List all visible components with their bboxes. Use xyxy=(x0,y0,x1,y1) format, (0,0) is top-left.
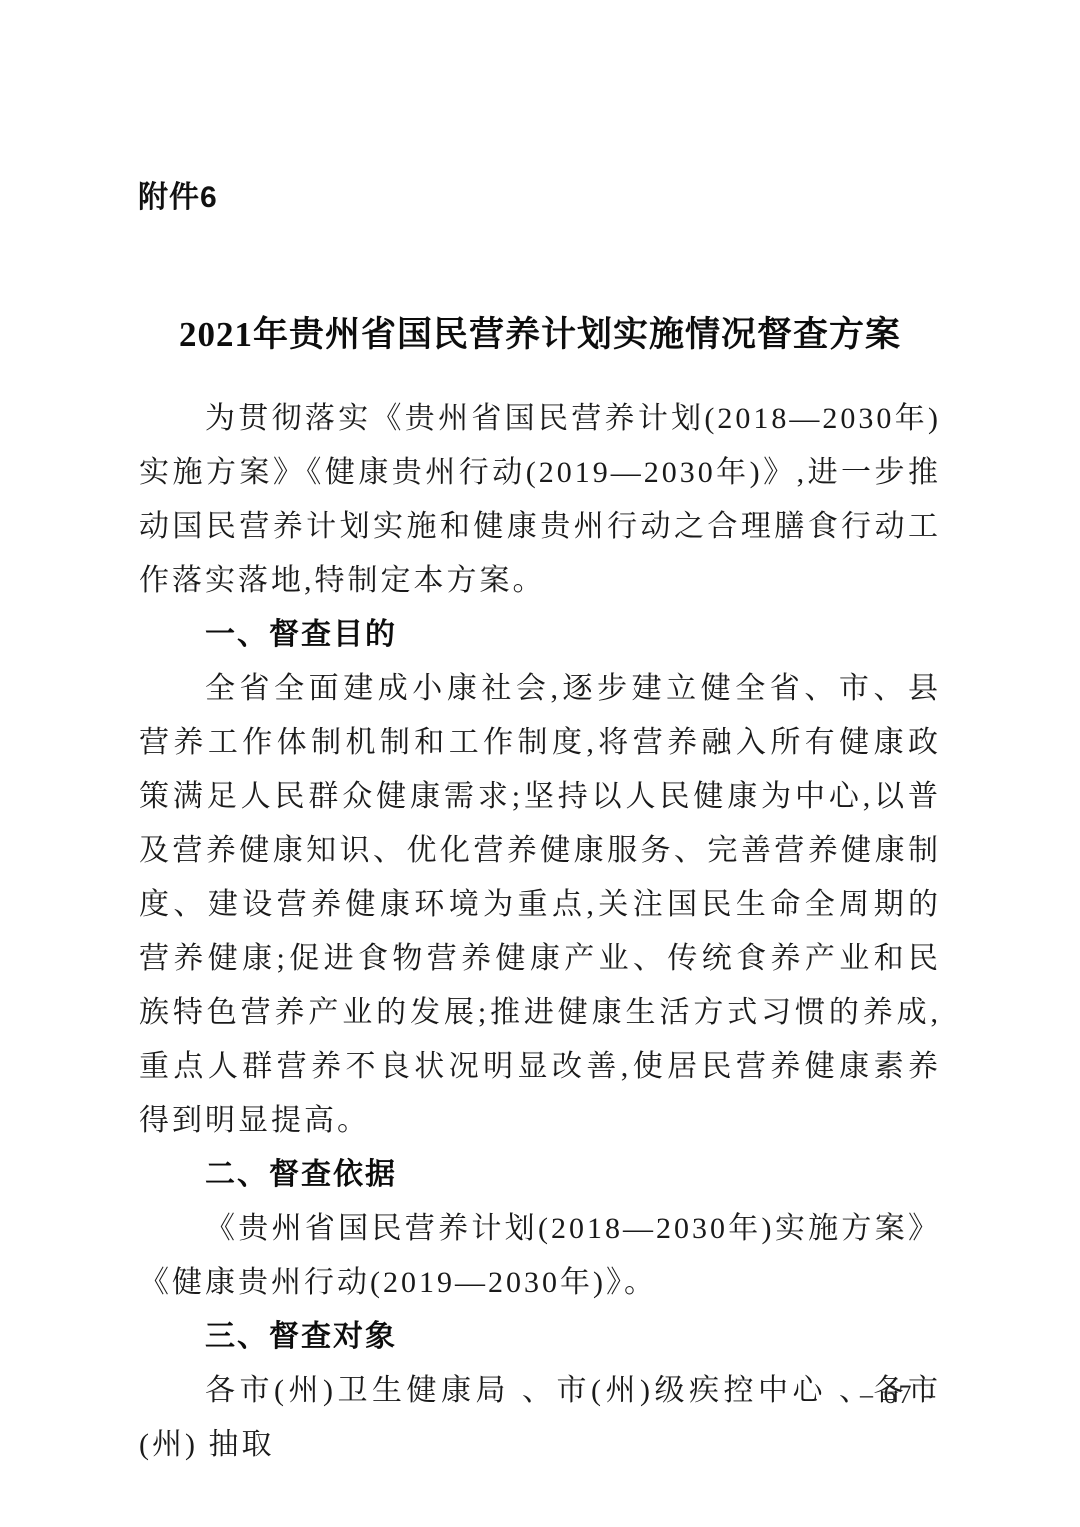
document-body: 为贯彻落实《贵州省国民营养计划(2018—2030年)实施方案》《健康贵州行动(… xyxy=(139,392,941,1472)
section-heading-basis: 二、督查依据 xyxy=(139,1148,941,1202)
section-paragraph-targets: 各市(州)卫生健康局 、市(州)级疾控中心 、各市(州) 抽取 xyxy=(139,1364,941,1472)
section-heading-targets: 三、督查对象 xyxy=(139,1310,941,1364)
section-paragraph-purpose: 全省全面建成小康社会,逐步建立健全省、市、县营养工作体制机制和工作制度,将营养融… xyxy=(139,662,941,1148)
attachment-label: 附件6 xyxy=(138,172,218,216)
document-title: 2021年贵州省国民营养计划实施情况督查方案 xyxy=(0,307,1080,357)
section-paragraph-basis: 《贵州省国民营养计划(2018—2030年)实施方案》《健康贵州行动(2019—… xyxy=(139,1202,941,1310)
document-page: 附件6 2021年贵州省国民营养计划实施情况督查方案 为贯彻落实《贵州省国民营养… xyxy=(0,0,1080,1527)
intro-paragraph: 为贯彻落实《贵州省国民营养计划(2018—2030年)实施方案》《健康贵州行动(… xyxy=(139,392,941,608)
section-heading-purpose: 一、督查目的 xyxy=(139,608,941,662)
page-number: – 67 – xyxy=(860,1380,937,1410)
